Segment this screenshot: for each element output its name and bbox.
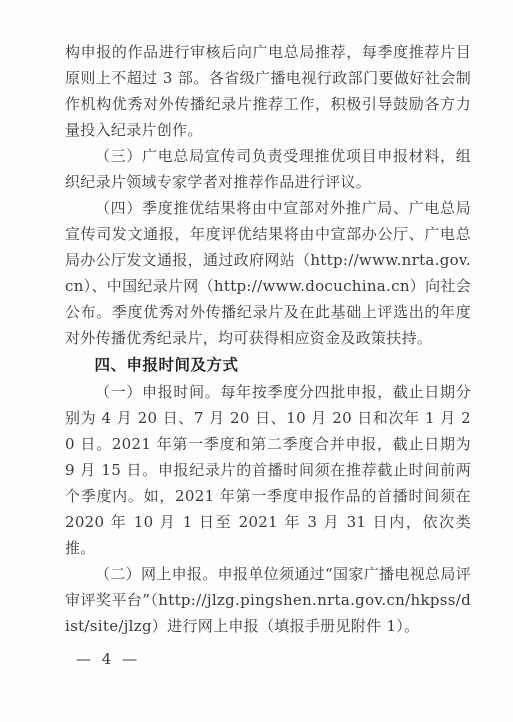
section-heading-application-time-and-method: 四、申报时间及方式 bbox=[65, 352, 471, 378]
paragraph-item-three: （三）广电总局宣传司负责受理推优项目申报材料，组织纪录片领域专家学者对推荐作品进… bbox=[65, 143, 471, 195]
paragraph-item-one-application-time: （一）申报时间。每年按季度分四批申报，截止日期分别为 4 月 20 日、7 月 … bbox=[65, 379, 471, 561]
page-number: — 4 — bbox=[76, 646, 471, 672]
document-page: 构申报的作品进行审核后向广电总局推荐，每季度推荐片目原则上不超过 3 部。各省级… bbox=[0, 0, 513, 722]
paragraph-item-two-online-application: （二）网上申报。申报单位须通过“国家广播电视总局评审评奖平台”（http://j… bbox=[65, 561, 471, 639]
paragraph-continuation: 构申报的作品进行审核后向广电总局推荐，每季度推荐片目原则上不超过 3 部。各省级… bbox=[65, 39, 471, 143]
paragraph-item-four: （四）季度推优结果将由中宣部对外推广局、广电总局宣传司发文通报，年度评优结果将由… bbox=[65, 195, 471, 351]
